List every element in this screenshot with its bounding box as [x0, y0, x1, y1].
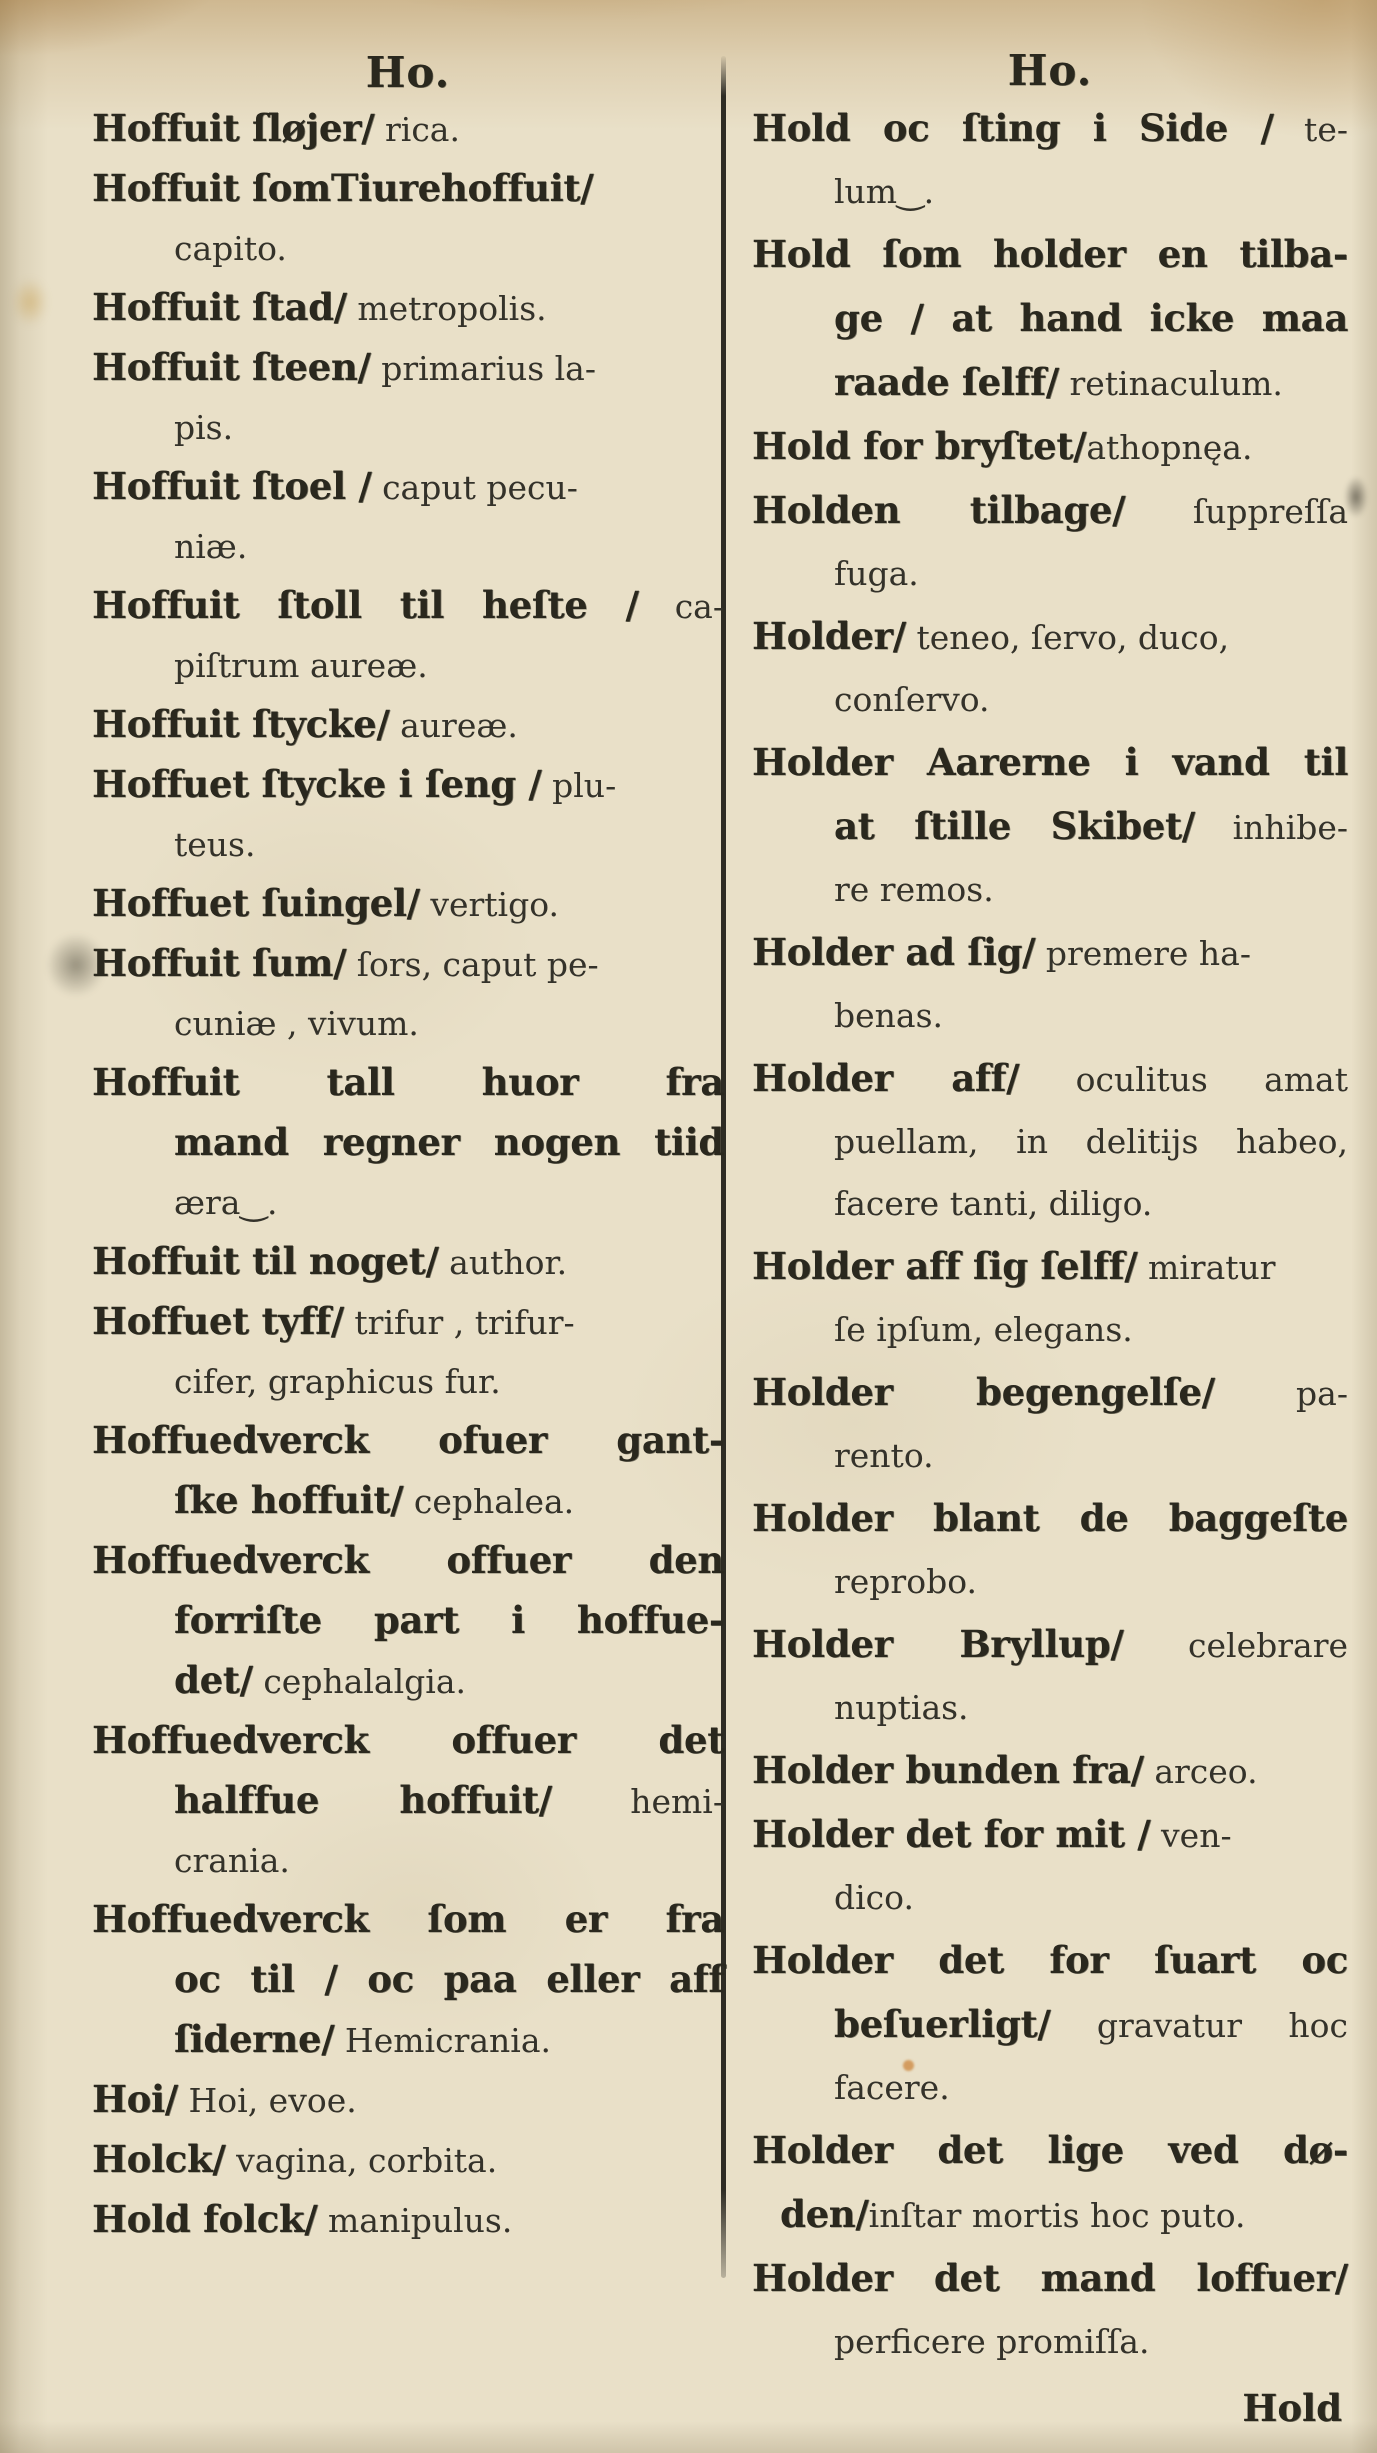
entry-line: Holder det for ſuart oc: [752, 1932, 1348, 1996]
latin-gloss-text: retinaculum.: [1059, 364, 1283, 403]
entry-line: ſke hoffuit/ cephalea.: [92, 1474, 724, 1534]
latin-gloss-text: pis.: [174, 408, 233, 447]
latin-gloss-text: trifur , trifur-: [344, 1303, 575, 1342]
latin-gloss-text: pa-: [1215, 1374, 1348, 1413]
dictionary-entry: Hoi/ Hoi, evoe.: [92, 2073, 724, 2133]
dictionary-entry: Hoffuit ſtoel / caput pecu-niæ.: [92, 460, 724, 579]
headword-text: Hoffuedverck offuer det: [92, 1718, 724, 1762]
latin-gloss-text: niæ.: [174, 527, 247, 566]
entry-line: pis.: [92, 401, 724, 460]
headword-text: Holder det lige ved dø-: [752, 2128, 1348, 2172]
entry-line: Hold folck/ manipulus.: [92, 2193, 724, 2253]
headword-text: at ſtille Skibet/: [834, 804, 1195, 848]
entry-line: re remos.: [752, 862, 1348, 924]
entry-line: Holder det mand loffuer/: [752, 2250, 1348, 2314]
entry-line: ſe ipſum, elegans.: [752, 1302, 1348, 1364]
latin-gloss-text: piſtrum aureæ.: [174, 646, 428, 685]
entry-line: conſervo.: [752, 672, 1348, 734]
latin-gloss-text: metropolis.: [347, 289, 547, 328]
entry-line: Hoffuit ſløjer/ rica.: [92, 102, 724, 162]
headword-text: Holder blant de baggeſte: [752, 1496, 1348, 1540]
latin-gloss-text: celebrare: [1124, 1626, 1348, 1665]
entry-line: fuga.: [752, 546, 1348, 608]
dictionary-entry: Hoffuit ſtycke/ aureæ.: [92, 698, 724, 758]
headword-text: Hoffuit ſum/: [92, 941, 346, 985]
latin-gloss-text: rento.: [834, 1436, 934, 1475]
latin-gloss-text: caput pecu-: [372, 468, 578, 507]
entry-line: den/inſtar mortis hoc puto.: [752, 2186, 1348, 2250]
latin-gloss-text: Hemicrania.: [334, 2021, 551, 2060]
entry-line: Hoffuit ſtad/ metropolis.: [92, 281, 724, 341]
entry-line: crania.: [92, 1834, 724, 1893]
entry-line: Holden tilbage/ ſuppreſſa: [752, 482, 1348, 546]
headword-text: Hold folck/: [92, 2197, 317, 2241]
latin-gloss-text: puellam, in delitijs habeo,: [834, 1122, 1348, 1161]
headword-text: Holder Bryllup/: [752, 1622, 1124, 1666]
headword-text: ſke hoffuit/: [174, 1478, 403, 1522]
headword-text: mand regner nogen tiid: [174, 1120, 724, 1164]
headword-text: halffue hoffuit/: [174, 1778, 552, 1822]
entry-line: Hoffuedverck offuer det: [92, 1714, 724, 1774]
book-page-scan: Ho. Hoffuit ſløjer/ rica.Hoffuit ſomTiur…: [0, 0, 1377, 2453]
headword-text: Hoffuet ſuingel/: [92, 881, 420, 925]
latin-gloss-text: Hoi, evoe.: [178, 2081, 357, 2120]
entry-line: Holder det for mit / ven-: [752, 1806, 1348, 1870]
headword-text: Holder ad ſig/: [752, 930, 1035, 974]
dictionary-entry: Hoffuet ſuingel/ vertigo.: [92, 877, 724, 937]
headword-text: Holder Aarerne i vand til: [752, 740, 1348, 784]
entry-line: piſtrum aureæ.: [92, 639, 724, 698]
latin-gloss-text: aureæ.: [390, 706, 518, 745]
dictionary-entry: Holder ad ſig/ premere ha-benas.: [752, 924, 1348, 1050]
entry-line: Hoffuit ſomTiurehoffuit/: [92, 162, 724, 222]
entry-line: Holder Bryllup/ celebrare: [752, 1616, 1348, 1680]
headword-text: ſiderne/: [174, 2017, 334, 2061]
headword-text: Hoffuit ſløjer/: [92, 106, 375, 150]
headword-text: Holck/: [92, 2137, 226, 2181]
latin-gloss-text: fuga.: [834, 554, 919, 593]
latin-gloss-text: capito.: [174, 229, 287, 268]
entry-line: Holder aff/ oculitus amat: [752, 1050, 1348, 1114]
entry-line: Hold for bryſtet/athopnęa.: [752, 418, 1348, 482]
entry-line: Hoffuit ſtycke/ aureæ.: [92, 698, 724, 758]
dictionary-entry: Hoffuet tyff/ trifur , trifur-cifer, gra…: [92, 1295, 724, 1414]
headword-text: Hoi/: [92, 2077, 178, 2121]
entry-line: Hoffuit ſtoll til heſte / ca-: [92, 579, 724, 639]
dictionary-entry: Holck/ vagina, corbita.: [92, 2133, 724, 2193]
latin-gloss-text: conſervo.: [834, 680, 990, 719]
headword-text: Hoffuet ſtycke i ſeng /: [92, 762, 542, 806]
latin-gloss-text: ſuppreſſa: [1125, 492, 1348, 531]
dictionary-column-right: Ho. Hold oc ſting i Side / te-lum‿.Hold …: [752, 42, 1348, 2436]
latin-gloss-text: facere tanti, diligo.: [834, 1184, 1152, 1223]
entry-line: puellam, in delitijs habeo,: [752, 1114, 1348, 1176]
latin-gloss-text: plu-: [542, 766, 617, 805]
dictionary-entry: Hoffuit ſum/ ſors, caput pe-cuniæ , vivu…: [92, 937, 724, 1056]
entry-line: Hold ſom holder en tilba-: [752, 226, 1348, 290]
latin-gloss-text: inſtar mortis hoc puto.: [869, 2196, 1246, 2235]
entry-line: at ſtille Skibet/ inhibe-: [752, 798, 1348, 862]
headword-text: Holden tilbage/: [752, 488, 1125, 532]
headword-text: raade ſelff/: [834, 360, 1059, 404]
entry-line: cifer, graphicus fur.: [92, 1355, 724, 1414]
entry-line: benas.: [752, 988, 1348, 1050]
entry-line: Holder/ teneo, ſervo, duco,: [752, 608, 1348, 672]
headword-text: Hoffuit ſtoll til heſte /: [92, 583, 639, 627]
entry-line: Holder blant de baggeſte: [752, 1490, 1348, 1554]
latin-gloss-text: teneo, ſervo, duco,: [906, 618, 1229, 657]
entry-line: oc til / oc paa eller aff: [92, 1953, 724, 2013]
dictionary-entry: Hoffuit ſteen/ primarius la-pis.: [92, 341, 724, 460]
latin-gloss-text: crania.: [174, 1841, 290, 1880]
headword-text: den/: [780, 2192, 869, 2236]
entry-line: beſuerligt/ gravatur hoc: [752, 1996, 1348, 2060]
headword-text: Hold for bryſtet/: [752, 424, 1086, 468]
dictionary-entry: Hoffuit ſomTiurehoffuit/capito.: [92, 162, 724, 281]
latin-gloss-text: cephalea.: [403, 1482, 574, 1521]
latin-gloss-text: benas.: [834, 996, 943, 1035]
latin-gloss-text: oculitus amat: [1019, 1060, 1348, 1099]
latin-gloss-text: gravatur hoc: [1051, 2006, 1348, 2045]
dictionary-entry: Holder Bryllup/ celebrarenuptias.: [752, 1616, 1348, 1742]
latin-gloss-text: rica.: [375, 110, 460, 149]
dictionary-entry: Hoffuedverck ofuer gant-ſke hoffuit/ cep…: [92, 1414, 724, 1534]
latin-gloss-text: ſe ipſum, elegans.: [834, 1310, 1133, 1349]
dictionary-entry: Hold for bryſtet/athopnęa.: [752, 418, 1348, 482]
headword-text: Hoffuedverck ſom er fra: [92, 1897, 724, 1941]
entry-line: Hoffuet tyff/ trifur , trifur-: [92, 1295, 724, 1355]
entry-line: perficere promiſſa.: [752, 2314, 1348, 2376]
headword-text: Holder bunden fra/: [752, 1748, 1144, 1792]
entries-left: Hoffuit ſløjer/ rica.Hoffuit ſomTiurehof…: [92, 102, 724, 2253]
dictionary-entry: Holder begengelſe/ pa-rento.: [752, 1364, 1348, 1490]
headword-text: Hoffuit tall huor fra: [92, 1060, 724, 1104]
entry-line: Hoffuedverck offuer den: [92, 1534, 724, 1594]
latin-gloss-text: hemi-: [552, 1782, 724, 1821]
headword-text: Hoffuit ſtad/: [92, 285, 347, 329]
entry-line: Hoffuedverck ſom er fra: [92, 1893, 724, 1953]
latin-gloss-text: perficere promiſſa.: [834, 2322, 1149, 2361]
latin-gloss-text: premere ha-: [1035, 934, 1251, 973]
latin-gloss-text: inhibe-: [1195, 808, 1348, 847]
entry-line: lum‿.: [752, 164, 1348, 226]
dictionary-entry: Hoffuedverck offuer dethalffue hoffuit/ …: [92, 1714, 724, 1893]
headword-text: Hoffuit til noget/: [92, 1239, 439, 1283]
headword-text: Hoffuedverck offuer den: [92, 1538, 724, 1582]
dictionary-entry: Hoffuit ſløjer/ rica.: [92, 102, 724, 162]
headword-text: ge / at hand icke maa: [834, 296, 1348, 340]
entry-line: ge / at hand icke maa: [752, 290, 1348, 354]
entry-line: raade ſelff/ retinaculum.: [752, 354, 1348, 418]
entry-line: Hoffuit til noget/ author.: [92, 1235, 724, 1295]
latin-gloss-text: te-: [1274, 110, 1348, 149]
headword-text: Holder det for mit /: [752, 1812, 1151, 1856]
dictionary-entry: Holder/ teneo, ſervo, duco,conſervo.: [752, 608, 1348, 734]
headword-text: Hold oc ſting i Side /: [752, 106, 1274, 150]
entry-line: det/ cephalalgia.: [92, 1654, 724, 1714]
catchword: Hold: [752, 2380, 1348, 2436]
latin-gloss-text: ven-: [1151, 1816, 1232, 1855]
dictionary-entry: Holder bunden fra/ arceo.: [752, 1742, 1348, 1806]
dictionary-entry: Holden tilbage/ ſuppreſſafuga.: [752, 482, 1348, 608]
entry-line: ſiderne/ Hemicrania.: [92, 2013, 724, 2073]
dictionary-entry: Hold folck/ manipulus.: [92, 2193, 724, 2253]
column-header-left: Ho.: [92, 44, 724, 102]
entry-line: mand regner nogen tiid: [92, 1116, 724, 1176]
latin-gloss-text: manipulus.: [317, 2201, 512, 2240]
entry-line: dico.: [752, 1870, 1348, 1932]
entry-line: Hoffuit ſteen/ primarius la-: [92, 341, 724, 401]
entry-line: reprobo.: [752, 1554, 1348, 1616]
dictionary-entry: Hoffuit tall huor framand regner nogen t…: [92, 1056, 724, 1235]
headword-text: Hold ſom holder en tilba-: [752, 232, 1348, 276]
entry-line: æra‿.: [92, 1176, 724, 1235]
headword-text: Holder aff ſig ſelff/: [752, 1244, 1137, 1288]
latin-gloss-text: vagina, corbita.: [226, 2141, 498, 2180]
dictionary-entry: Hoffuit ſtoll til heſte / ca-piſtrum aur…: [92, 579, 724, 698]
entry-line: Hoffuit ſtoel / caput pecu-: [92, 460, 724, 520]
dictionary-entry: Hoffuedverck ſom er fraoc til / oc paa e…: [92, 1893, 724, 2073]
entry-line: Hoi/ Hoi, evoe.: [92, 2073, 724, 2133]
entry-line: Hoffuet ſtycke i ſeng / plu-: [92, 758, 724, 818]
entry-line: nuptias.: [752, 1680, 1348, 1742]
dictionary-entry: Holder Aarerne i vand tilat ſtille Skibe…: [752, 734, 1348, 924]
headword-text: Holder det mand loffuer/: [752, 2256, 1348, 2300]
latin-gloss-text: teus.: [174, 825, 255, 864]
entry-line: Hoffuit ſum/ ſors, caput pe-: [92, 937, 724, 997]
entry-line: Hoffuet ſuingel/ vertigo.: [92, 877, 724, 937]
headword-text: Holder begengelſe/: [752, 1370, 1215, 1414]
latin-gloss-text: ſors, caput pe-: [346, 945, 598, 984]
headword-text: Hoffuit ſtycke/: [92, 702, 390, 746]
latin-gloss-text: æra‿.: [174, 1183, 277, 1222]
latin-gloss-text: athopnęa.: [1086, 428, 1252, 467]
entry-line: forriſte part i hoffue-: [92, 1594, 724, 1654]
entry-line: teus.: [92, 818, 724, 877]
entry-line: Holder ad ſig/ premere ha-: [752, 924, 1348, 988]
entry-line: Holder aff ſig ſelff/ miratur: [752, 1238, 1348, 1302]
dictionary-entry: Hoffuet ſtycke i ſeng / plu-teus.: [92, 758, 724, 877]
entry-line: Holder bunden fra/ arceo.: [752, 1742, 1348, 1806]
entry-line: Hoffuedverck ofuer gant-: [92, 1414, 724, 1474]
entry-line: Hoffuit tall huor fra: [92, 1056, 724, 1116]
dictionary-entry: Holder aff/ oculitus amatpuellam, in del…: [752, 1050, 1348, 1238]
headword-text: Hoffuit ſteen/: [92, 345, 371, 389]
paper-stain: [12, 278, 48, 326]
entry-line: facere tanti, diligo.: [752, 1176, 1348, 1238]
headword-text: Holder det for ſuart oc: [752, 1938, 1348, 1982]
latin-gloss-text: nuptias.: [834, 1688, 969, 1727]
column-header-right: Ho.: [752, 42, 1348, 100]
latin-gloss-text: dico.: [834, 1878, 914, 1917]
latin-gloss-text: cuniæ , vivum.: [174, 1004, 419, 1043]
dictionary-entry: Hoffuedverck offuer denforriſte part i h…: [92, 1534, 724, 1714]
entry-line: cuniæ , vivum.: [92, 997, 724, 1056]
latin-gloss-text: primarius la-: [371, 349, 596, 388]
latin-gloss-text: lum‿.: [834, 172, 934, 211]
entry-line: Holder begengelſe/ pa-: [752, 1364, 1348, 1428]
dictionary-column-left: Ho. Hoffuit ſløjer/ rica.Hoffuit ſomTiur…: [92, 44, 724, 2253]
latin-gloss-text: miratur: [1137, 1248, 1275, 1287]
dictionary-entry: Holder det mand loffuer/perficere promiſ…: [752, 2250, 1348, 2376]
dictionary-entry: Hoffuit til noget/ author.: [92, 1235, 724, 1295]
entry-line: capito.: [92, 222, 724, 281]
latin-gloss-text: re remos.: [834, 870, 994, 909]
latin-gloss-text: reprobo.: [834, 1562, 977, 1601]
dictionary-entry: Holder blant de baggeſtereprobo.: [752, 1490, 1348, 1616]
headword-text: Hoffuedverck ofuer gant-: [92, 1418, 724, 1462]
headword-text: det/: [174, 1658, 253, 1702]
headword-text: Hoffuit ſomTiurehoffuit/: [92, 166, 593, 210]
entry-line: Holder Aarerne i vand til: [752, 734, 1348, 798]
latin-gloss-text: author.: [439, 1243, 567, 1282]
dictionary-entry: Holder det for mit / ven-dico.: [752, 1806, 1348, 1932]
latin-gloss-text: vertigo.: [420, 885, 559, 924]
dictionary-entry: Holder det lige ved dø-den/inſtar mortis…: [752, 2122, 1348, 2250]
entry-line: Holder det lige ved dø-: [752, 2122, 1348, 2186]
headword-text: beſuerligt/: [834, 2002, 1051, 2046]
latin-gloss-text: cifer, graphicus fur.: [174, 1362, 501, 1401]
entry-line: halffue hoffuit/ hemi-: [92, 1774, 724, 1834]
entry-line: Hold oc ſting i Side / te-: [752, 100, 1348, 164]
entry-line: niæ.: [92, 520, 724, 579]
entry-line: Holck/ vagina, corbita.: [92, 2133, 724, 2193]
entry-line: rento.: [752, 1428, 1348, 1490]
dictionary-entry: Hoffuit ſtad/ metropolis.: [92, 281, 724, 341]
latin-gloss-text: arceo.: [1144, 1752, 1258, 1791]
dictionary-entry: Hold oc ſting i Side / te-lum‿.: [752, 100, 1348, 226]
entry-line: facere.: [752, 2060, 1348, 2122]
dictionary-entry: Holder det for ſuart ocbeſuerligt/ grava…: [752, 1932, 1348, 2122]
latin-gloss-text: cephalalgia.: [253, 1662, 466, 1701]
headword-text: forriſte part i hoffue-: [174, 1598, 724, 1642]
headword-text: oc til / oc paa eller aff: [174, 1957, 724, 2001]
dictionary-entry: Hold ſom holder en tilba-ge / at hand ic…: [752, 226, 1348, 418]
dictionary-entry: Holder aff ſig ſelff/ miraturſe ipſum, e…: [752, 1238, 1348, 1364]
latin-gloss-text: facere.: [834, 2068, 950, 2107]
entries-right: Hold oc ſting i Side / te-lum‿.Hold ſom …: [752, 100, 1348, 2376]
latin-gloss-text: ca-: [639, 587, 724, 626]
headword-text: Holder/: [752, 614, 906, 658]
headword-text: Hoffuit ſtoel /: [92, 464, 372, 508]
headword-text: Holder aff/: [752, 1056, 1019, 1100]
headword-text: Hoffuet tyff/: [92, 1299, 344, 1343]
